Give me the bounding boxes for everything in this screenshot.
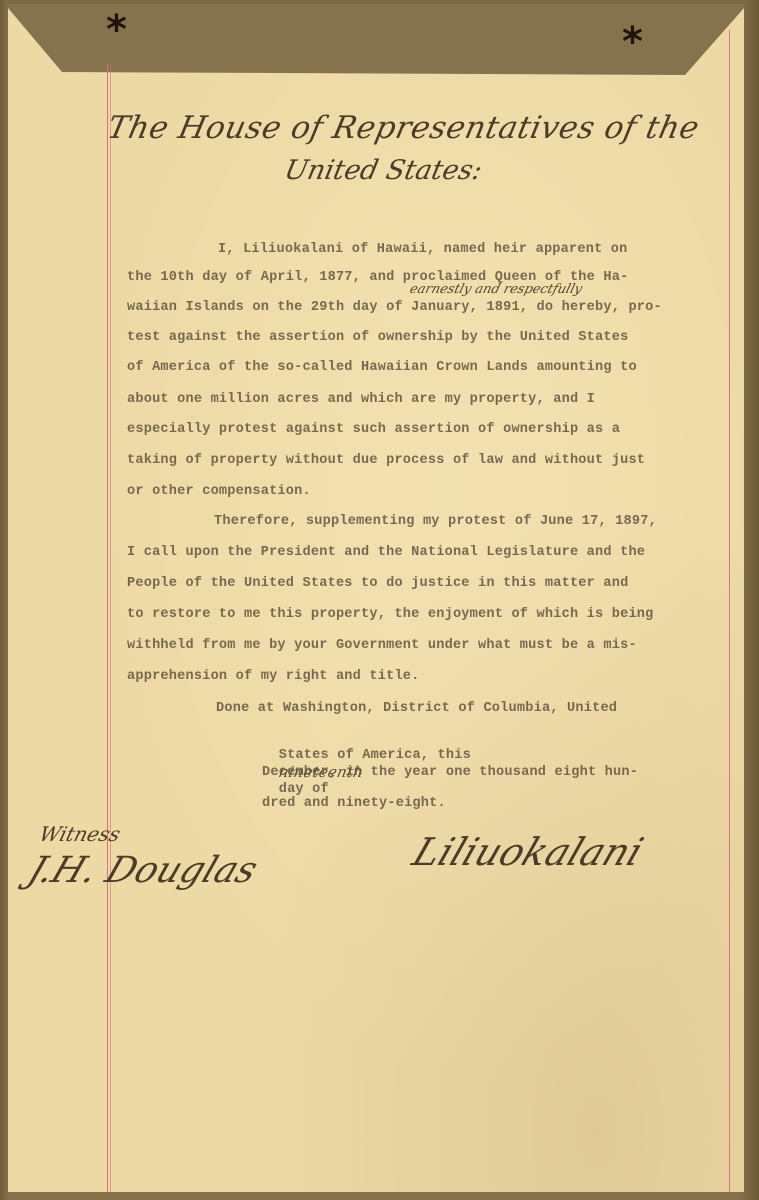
- signer-signature: Liliuokalani: [407, 830, 649, 874]
- left-asterisk-mark: *: [106, 10, 127, 50]
- paragraph-2-line-3: People of the United States to do justic…: [127, 576, 628, 591]
- paragraph-2-line-4: to restore to me this property, the enjo…: [127, 607, 654, 622]
- witness-label: Witness: [37, 822, 123, 846]
- salutation-line-2: United States:: [282, 155, 485, 186]
- witness-signature: J.H. Douglas: [23, 850, 264, 891]
- paragraph-1-line-8: taking of property without due process o…: [127, 453, 645, 468]
- left-margin-rule-2: [110, 64, 111, 1192]
- paragraph-1-line-7: especially protest against such assertio…: [127, 422, 620, 437]
- handwritten-insertion: earnestly and respectfully: [408, 282, 584, 297]
- paragraph-1-line-9: or other compensation.: [127, 484, 311, 499]
- paragraph-2-line-2: I call upon the President and the Nation…: [127, 545, 645, 560]
- closing-line-1: Done at Washington, District of Columbia…: [216, 701, 617, 716]
- right-margin-rule: [729, 30, 730, 1192]
- closing-line-3: December, in the year one thousand eight…: [262, 765, 638, 780]
- paragraph-2-line-6: apprehension of my right and title.: [127, 669, 420, 684]
- closing-line-2-text-before: States of America, this: [279, 748, 471, 763]
- closing-line-2-text-after: day of: [279, 782, 329, 797]
- paragraph-1-line-4: test against the assertion of ownership …: [127, 330, 628, 345]
- paragraph-2-line-1: Therefore, supplementing my protest of J…: [214, 514, 657, 529]
- paragraph-1-line-3: waiian Islands on the 29th day of Januar…: [127, 300, 662, 315]
- left-margin-rule: [107, 64, 108, 1192]
- paragraph-1-line-6: about one million acres and which are my…: [127, 392, 595, 407]
- closing-line-4: dred and ninety-eight.: [262, 796, 446, 811]
- paragraph-1-line-1: I, Liliuokalani of Hawaii, named heir ap…: [218, 242, 628, 257]
- right-asterisk-mark: *: [622, 22, 643, 62]
- salutation-line-1: The House of Representatives of the: [104, 110, 702, 146]
- paragraph-1-line-5: of America of the so-called Hawaiian Cro…: [127, 360, 637, 375]
- paragraph-2-line-5: withheld from me by your Government unde…: [127, 638, 637, 653]
